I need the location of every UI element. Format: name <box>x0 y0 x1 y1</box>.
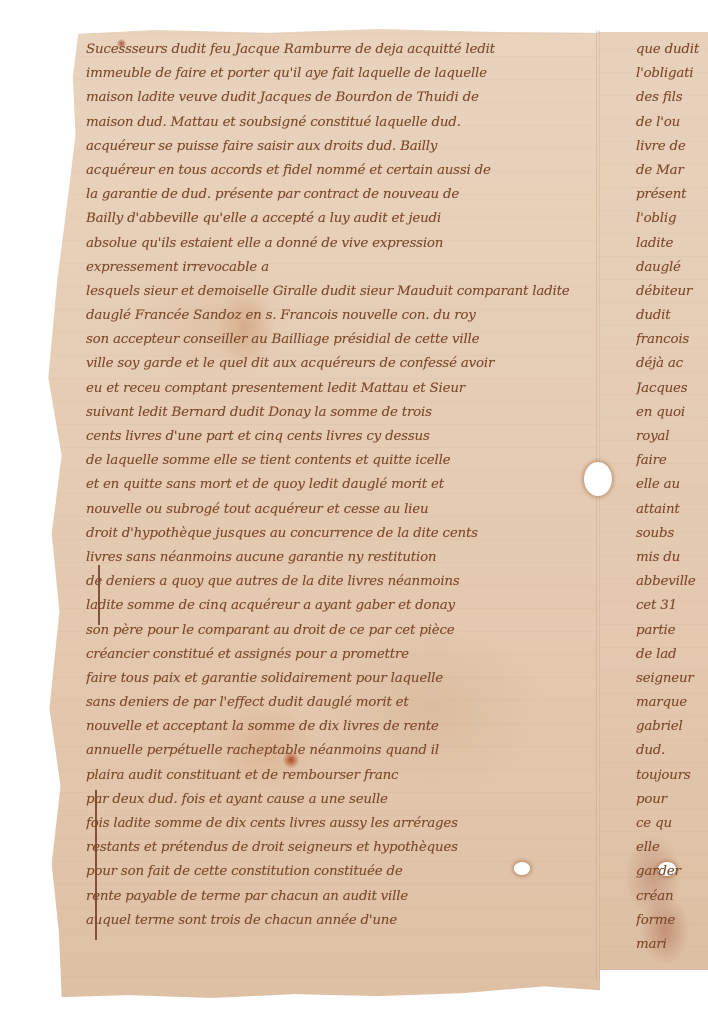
manuscript-line: déjà ac <box>636 352 708 376</box>
manuscript-line: elle au <box>636 473 708 497</box>
manuscript-line: son père pour le comparant au droit de c… <box>86 619 592 643</box>
manuscript-line: l'oblig <box>636 207 708 231</box>
manuscript-line: présent <box>636 183 708 207</box>
manuscript-line: pour <box>636 788 708 812</box>
manuscript-line: livres sans néanmoins aucune garantie ny… <box>86 546 592 570</box>
manuscript-line: cet 31 <box>636 594 708 618</box>
manuscript-line: restants et prétendus de droit seigneurs… <box>86 836 592 860</box>
manuscript-line: plaira audit constituant et de rembourse… <box>86 764 592 788</box>
manuscript-line: par deux dud. fois et ayant cause a une … <box>86 788 592 812</box>
manuscript-line: Bailly d'abbeville qu'elle a accepté a l… <box>86 207 592 231</box>
manuscript-line: seigneur <box>636 667 708 691</box>
manuscript-line: mis du <box>636 546 708 570</box>
manuscript-line: eu et receu comptant presentement ledit … <box>86 377 592 401</box>
manuscript-line: soubs <box>636 522 708 546</box>
manuscript-line: ladite <box>636 232 708 256</box>
manuscript-line: gabriel <box>636 715 708 739</box>
manuscript-line: acquéreur se puisse faire saisir aux dro… <box>86 135 592 159</box>
manuscript-line: mari <box>636 933 708 957</box>
manuscript-line: de l'ou <box>636 111 708 135</box>
manuscript-line: attaint <box>636 498 708 522</box>
manuscript-line: sans deniers de par l'effect dudit daugl… <box>86 691 592 715</box>
manuscript-line: toujours <box>636 764 708 788</box>
manuscript-line: suivant ledit Bernard dudit Donay la som… <box>86 401 592 425</box>
manuscript-line: ce qu <box>636 812 708 836</box>
manuscript-line: royal <box>636 425 708 449</box>
manuscript-line: acquéreur en tous accords et fidel nommé… <box>86 159 592 183</box>
manuscript-line: dudit <box>636 304 708 328</box>
manuscript-line: la garantie de dud. présente par contrac… <box>86 183 592 207</box>
manuscript-line: de lad <box>636 643 708 667</box>
manuscript-line: garder <box>636 860 708 884</box>
manuscript-line: immeuble de faire et porter qu'il aye fa… <box>86 62 592 86</box>
facing-page-text: que dudit l'obligati des fils de l'ou li… <box>636 38 708 957</box>
manuscript-line: annuelle perpétuelle racheptable néanmoi… <box>86 739 592 763</box>
manuscript-line: créancier constitué et assignés pour a p… <box>86 643 592 667</box>
manuscript-line: auquel terme sont trois de chacun année … <box>86 909 592 933</box>
manuscript-line: absolue qu'ils estaient elle a donné de … <box>86 232 592 256</box>
manuscript-line: de laquelle somme elle se tient contents… <box>86 449 592 473</box>
manuscript-line: nouvelle ou subrogé tout acquéreur et ce… <box>86 498 592 522</box>
manuscript-line: faire <box>636 449 708 473</box>
manuscript-line: que dudit <box>636 38 708 62</box>
manuscript-line: marque <box>636 691 708 715</box>
manuscript-line: maison dud. Mattau et soubsigné constitu… <box>86 111 592 135</box>
manuscript-line: forme <box>636 909 708 933</box>
manuscript-line: elle <box>636 836 708 860</box>
main-page-text: Sucessseurs dudit feu Jacque Ramburre de… <box>86 38 592 933</box>
manuscript-line: créan <box>636 885 708 909</box>
manuscript-line: faire tous paix et garantie solidairemen… <box>86 667 592 691</box>
manuscript-line: cents livres d'une part et cinq cents li… <box>86 425 592 449</box>
manuscript-line: son accepteur conseiller au Bailliage pr… <box>86 328 592 352</box>
manuscript-line: pour son fait de cette constitution cons… <box>86 860 592 884</box>
manuscript-line: droit d'hypothèque jusques au concurrenc… <box>86 522 592 546</box>
manuscript-line: ladite somme de cinq acquéreur a ayant g… <box>86 594 592 618</box>
manuscript-line: lesquels sieur et demoiselle Giralle dud… <box>86 280 592 304</box>
manuscript-line: de Mar <box>636 159 708 183</box>
manuscript-line: francois <box>636 328 708 352</box>
manuscript-line: abbeville <box>636 570 708 594</box>
manuscript-line: Sucessseurs dudit feu Jacque Ramburre de… <box>86 38 592 62</box>
manuscript-line: Jacques <box>636 377 708 401</box>
manuscript-line: nouvelle et acceptant la somme de dix li… <box>86 715 592 739</box>
manuscript-line: expressement irrevocable a <box>86 256 592 280</box>
manuscript-line: et en quitte sans mort et de quoy ledit … <box>86 473 592 497</box>
manuscript-line: l'obligati <box>636 62 708 86</box>
manuscript-line: maison ladite veuve dudit Jacques de Bou… <box>86 86 592 110</box>
manuscript-line: de deniers a quoy que autres de la dite … <box>86 570 592 594</box>
page-fold <box>596 30 600 980</box>
manuscript-line: rente payable de terme par chacun an aud… <box>86 885 592 909</box>
manuscript-line: dauglé <box>636 256 708 280</box>
manuscript-line: dud. <box>636 739 708 763</box>
manuscript-line: débiteur <box>636 280 708 304</box>
manuscript-line: en quoi <box>636 401 708 425</box>
manuscript-line: des fils <box>636 86 708 110</box>
manuscript-line: dauglé Francée Sandoz en s. Francois nou… <box>86 304 592 328</box>
manuscript-line: fois ladite somme de dix cents livres au… <box>86 812 592 836</box>
manuscript-line: livre de <box>636 135 708 159</box>
manuscript-scan: Sucessseurs dudit feu Jacque Ramburre de… <box>0 0 708 1024</box>
manuscript-line: ville soy garde et le quel dit aux acqué… <box>86 352 592 376</box>
manuscript-line: partie <box>636 619 708 643</box>
